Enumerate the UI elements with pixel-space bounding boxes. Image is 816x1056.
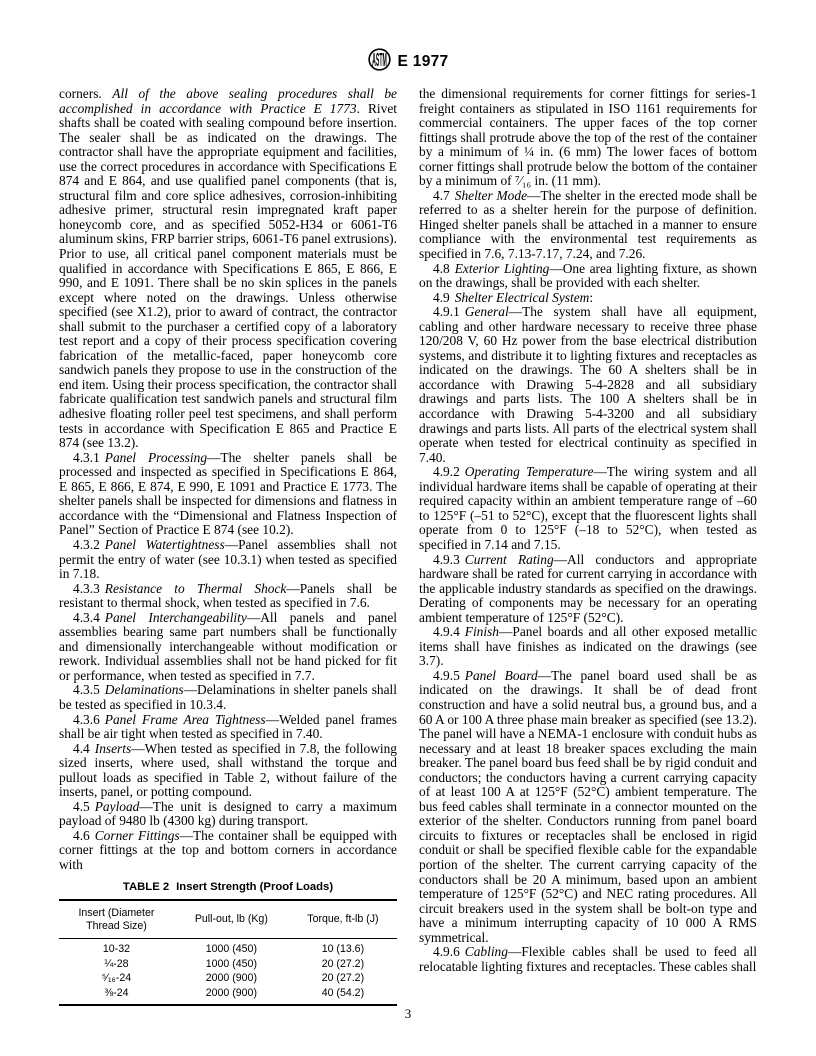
intro-pre-text: corners. xyxy=(59,86,112,101)
cell-insert-size: 10-32 xyxy=(59,939,174,957)
section-title: Panel Processing xyxy=(105,450,207,465)
svg-text:ASTM: ASTM xyxy=(372,50,387,70)
section-paragraph-4-3-4: 4.3.4Panel Interchangeability—All panels… xyxy=(59,611,397,684)
section-title: Finish xyxy=(465,624,499,639)
section-paragraph-4-7: 4.7Shelter Mode—The shelter in the erect… xyxy=(419,189,757,262)
section-title: Shelter Electrical System xyxy=(455,290,590,305)
section-number: 4.5 xyxy=(73,799,90,814)
section-text: —The system shall have all equipment, ca… xyxy=(419,304,757,464)
section-title: Corner Fittings xyxy=(95,828,180,843)
right-column: the dimensional requirements for corner … xyxy=(419,87,757,1006)
section-paragraph-4-3-5: 4.3.5Delaminations—Delaminations in shel… xyxy=(59,683,397,712)
section-paragraph-4-9: 4.9Shelter Electrical System: xyxy=(419,291,757,306)
cell-torque: 10 (13.6) xyxy=(289,939,397,957)
section-number: 4.3.6 xyxy=(73,712,100,727)
left-column: corners. All of the above sealing proced… xyxy=(59,87,397,1006)
cell-torque: 20 (27.2) xyxy=(289,957,397,972)
cell-pullout: 2000 (900) xyxy=(174,986,289,1006)
section-paragraph-4-6: 4.6Corner Fittings—The container shall b… xyxy=(59,829,397,873)
section-number: 4.3.3 xyxy=(73,581,100,596)
section-paragraph-4-3-6: 4.3.6Panel Frame Area Tightness—Welded p… xyxy=(59,713,397,742)
column-header-insert-size: Insert (Diameter Thread Size) xyxy=(59,900,174,939)
section-title: Exterior Lighting xyxy=(455,261,550,276)
section-number: 4.9.6 xyxy=(433,944,460,959)
section-number: 4.9.4 xyxy=(433,624,460,639)
cell-insert-size: ¼-28 xyxy=(59,957,174,972)
cell-pullout: 1000 (450) xyxy=(174,957,289,972)
column-header-pullout: Pull-out, lb (Kg) xyxy=(174,900,289,939)
section-title: Panel Board xyxy=(465,668,538,683)
intro-post-text: . Rivet shafts shall be coated with seal… xyxy=(59,101,397,451)
section-number: 4.8 xyxy=(433,261,450,276)
cell-pullout: 1000 (450) xyxy=(174,939,289,957)
section-number: 4.6 xyxy=(73,828,90,843)
cell-pullout: 2000 (900) xyxy=(174,971,289,986)
astm-logo-icon: ASTM xyxy=(368,48,391,76)
section-title: Cabling xyxy=(465,944,508,959)
section-paragraph-4-3-1: 4.3.1Panel Processing—The shelter panels… xyxy=(59,451,397,538)
section-paragraph-4-4: 4.4Inserts—When tested as specified in 7… xyxy=(59,742,397,800)
table-row: 10-32 1000 (450) 10 (13.6) xyxy=(59,939,397,957)
section-title: General xyxy=(465,304,509,319)
section-number: 4.3.5 xyxy=(73,682,100,697)
section-paragraph-4-8: 4.8Exterior Lighting—One area lighting f… xyxy=(419,262,757,291)
section-number: 4.9.5 xyxy=(433,668,460,683)
section-title: Payload xyxy=(95,799,140,814)
section-paragraph-4-9-3: 4.9.3Current Rating—All conductors and a… xyxy=(419,553,757,626)
section-text: : xyxy=(589,290,593,305)
section-paragraph-4-3-3: 4.3.3Resistance to Thermal Shock—Panels … xyxy=(59,582,397,611)
two-column-body: corners. All of the above sealing proced… xyxy=(59,87,757,1006)
insert-strength-table: TABLE 2Insert Strength (Proof Loads) Ins… xyxy=(59,880,397,1007)
cell-torque: 20 (27.2) xyxy=(289,971,397,986)
cell-torque: 40 (54.2) xyxy=(289,986,397,1006)
section-title: Panel Frame Area Tightness xyxy=(105,712,266,727)
document-header: ASTM E 1977 xyxy=(59,0,757,74)
intro-paragraph: the dimensional requirements for corner … xyxy=(419,87,757,189)
page-number: 3 xyxy=(0,1006,816,1022)
section-paragraph-4-5: 4.5Payload—The unit is designed to carry… xyxy=(59,800,397,829)
table-label: TABLE 2 xyxy=(123,881,169,893)
section-number: 4.9 xyxy=(433,290,450,305)
section-paragraph-4-3-2: 4.3.2Panel Watertightness—Panel assembli… xyxy=(59,538,397,582)
section-number: 4.3.1 xyxy=(73,450,100,465)
table-header-row: Insert (Diameter Thread Size) Pull-out, … xyxy=(59,900,397,939)
table-title: TABLE 2Insert Strength (Proof Loads) xyxy=(59,880,397,895)
section-title: Resistance to Thermal Shock xyxy=(105,581,287,596)
column-header-torque: Torque, ft-lb (J) xyxy=(289,900,397,939)
section-title: Shelter Mode xyxy=(455,188,527,203)
section-text: —The panel board used shall be as indica… xyxy=(419,668,757,945)
section-number: 4.9.2 xyxy=(433,464,460,479)
section-paragraph-4-9-2: 4.9.2Operating Temperature—The wiring sy… xyxy=(419,465,757,552)
table-row: ¼-28 1000 (450) 20 (27.2) xyxy=(59,957,397,972)
table-caption: Insert Strength (Proof Loads) xyxy=(176,881,333,893)
section-number: 4.4 xyxy=(73,741,90,756)
section-number: 4.7 xyxy=(433,188,450,203)
document-code: E 1977 xyxy=(398,53,449,71)
section-number: 4.3.4 xyxy=(73,610,100,625)
section-number: 4.3.2 xyxy=(73,537,100,552)
section-title: Current Rating xyxy=(465,552,554,567)
table-row: ⁵⁄₁₆-24 2000 (900) 20 (27.2) xyxy=(59,971,397,986)
cell-insert-size: ⁵⁄₁₆-24 xyxy=(59,971,174,986)
section-paragraph-4-9-4: 4.9.4Finish—Panel boards and all other e… xyxy=(419,625,757,669)
section-title: Panel Interchangeability xyxy=(105,610,247,625)
section-number: 4.9.3 xyxy=(433,552,460,567)
cell-insert-size: ⅜-24 xyxy=(59,986,174,1006)
intro-text: the dimensional requirements for corner … xyxy=(419,86,757,188)
intro-paragraph: corners. All of the above sealing proced… xyxy=(59,87,397,451)
document-page: ASTM E 1977 corners. All of the above se… xyxy=(0,0,816,1006)
section-title: Inserts xyxy=(95,741,131,756)
section-title: Operating Temperature xyxy=(465,464,594,479)
section-paragraph-4-9-6: 4.9.6Cabling—Flexible cables shall be us… xyxy=(419,945,757,974)
section-number: 4.9.1 xyxy=(433,304,460,319)
table-row: ⅜-24 2000 (900) 40 (54.2) xyxy=(59,986,397,1006)
section-title: Delaminations xyxy=(105,682,184,697)
section-paragraph-4-9-1: 4.9.1General—The system shall have all e… xyxy=(419,305,757,465)
section-title: Panel Watertightness xyxy=(105,537,225,552)
section-paragraph-4-9-5: 4.9.5Panel Board—The panel board used sh… xyxy=(419,669,757,945)
